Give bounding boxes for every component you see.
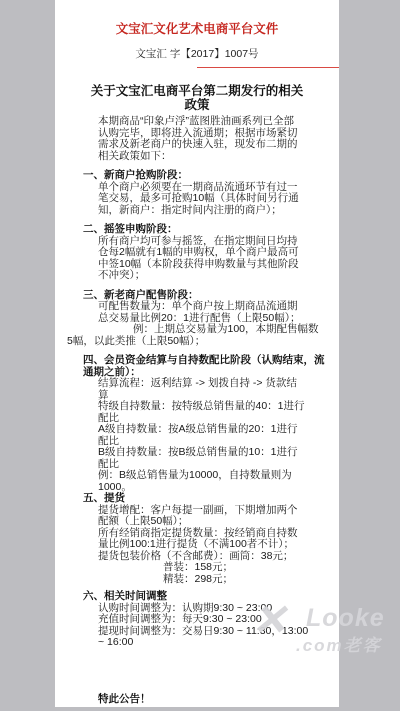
policy-section: 三、新老商户配售阶段：可配售数量为：单个商户按上期商品流通期总交易量比例20：1… [83,290,339,348]
document-page: 文宝汇文化艺术电商平台文件 文宝汇 字【2017】1007号 关于文宝汇电商平台… [55,0,339,707]
intro-paragraph: 本期商品“印象卢浮”蓝图胜油画系列已全部认购完毕，即将进入流通期；根据市场紧切需… [98,116,339,162]
screen-background: 文宝汇文化艺术电商平台文件 文宝汇 字【2017】1007号 关于文宝汇电商平台… [0,0,400,711]
section-body-line: 知，新商户：指定时间内注册的商户）； [98,205,339,217]
doc-title-line: 关于文宝汇电商平台第二期发行的相关 [55,84,339,98]
section-body-line: ~ 16:00 [98,637,339,649]
section-body-line: 配额（上限50幅）； [98,516,339,528]
section-body-line: 例：上期总交易量为100，本期配售幅数 [133,324,339,336]
section-body-line: 特级自持数量：按特级总销售量的40：1进行 [98,401,339,413]
section-heading: 六、相关时间调整 [83,591,339,603]
section-heading: 一、新商户抢购阶段： [83,170,339,182]
policy-section: 一、新商户抢购阶段：单个商户必须要在一期商品流通环节有过一笔交易，最多可抢购10… [83,170,339,216]
intro-line: 相关政策如下： [98,151,339,163]
intro-line: 本期商品“印象卢浮”蓝图胜油画系列已全部 [98,116,339,128]
doc-number: 文宝汇 字【2017】1007号 [55,46,339,61]
policy-section: 四、会员资金结算与自持数配比阶段（认购结束，流通期之前）：结算流程：返利结算 -… [83,355,339,493]
policy-section: 二、摇签申购阶段：所有商户均可参与摇签，在指定期间日均持仓每2幅就有1幅的申购权… [83,224,339,282]
section-body-line: 5幅，以此类推（上限50幅）； [67,336,339,348]
section-body-line: 结算流程：返利结算 -> 划拨自持 -> 货款结 [98,378,339,390]
red-divider-line [197,67,339,68]
section-body-line: A级自持数量：按A级总销售量的20：1进行 [98,424,339,436]
policy-sections: 一、新商户抢购阶段：单个商户必须要在一期商品流通环节有过一笔交易，最多可抢购10… [55,170,339,649]
section-body-line: 可配售数量为：单个商户按上期商品流通期 [98,301,339,313]
section-body-line: 不冲突）； [98,270,339,282]
policy-section: 六、相关时间调整认购时间调整为：认购期9:30 ~ 23:00充值时间调整为：每… [83,591,339,649]
section-body-line: 例：B级总销售量为10000，自持数量则为 [98,470,339,482]
section-body-line: 充值时间调整为：每天9:30 ~ 23:00 [98,614,339,626]
section-body-line: B级自持数量：按B级总销售量的10：1进行 [98,447,339,459]
section-body-line: 提现时间调整为：交易日9:30 ~ 11:30，13:00 [98,626,339,638]
section-body-line: 笔交易，最多可抢购10幅（具体时间另行通 [98,193,339,205]
intro-line: 需求及新老商户的快速入驻，现发布二期的 [98,139,339,151]
section-body-line: 仓每2幅就有1幅的申购权，单个商户最高可 [98,247,339,259]
closing-statement: 特此公告！ [98,691,339,706]
section-body-line: 量比例100:1进行提货（不满100者不计）； [98,539,339,551]
section-body-line: 普装：158元； [163,562,339,574]
section-heading: 二、摇签申购阶段： [83,224,339,236]
doc-title-line: 政策 [55,98,339,112]
policy-section: 五、提货提货增配：客户每提一副画，下期增加两个配额（上限50幅）；所有经销商指定… [83,493,339,585]
section-heading: 五、提货 [83,493,339,505]
section-body-line: 1000。 [98,482,339,494]
section-heading: 四、会员资金结算与自持数配比阶段（认购结束，流 [83,355,339,367]
doc-title: 关于文宝汇电商平台第二期发行的相关政策 [55,84,339,112]
section-body-line: 精装：298元； [163,574,339,586]
org-title: 文宝汇文化艺术电商平台文件 [55,19,339,37]
